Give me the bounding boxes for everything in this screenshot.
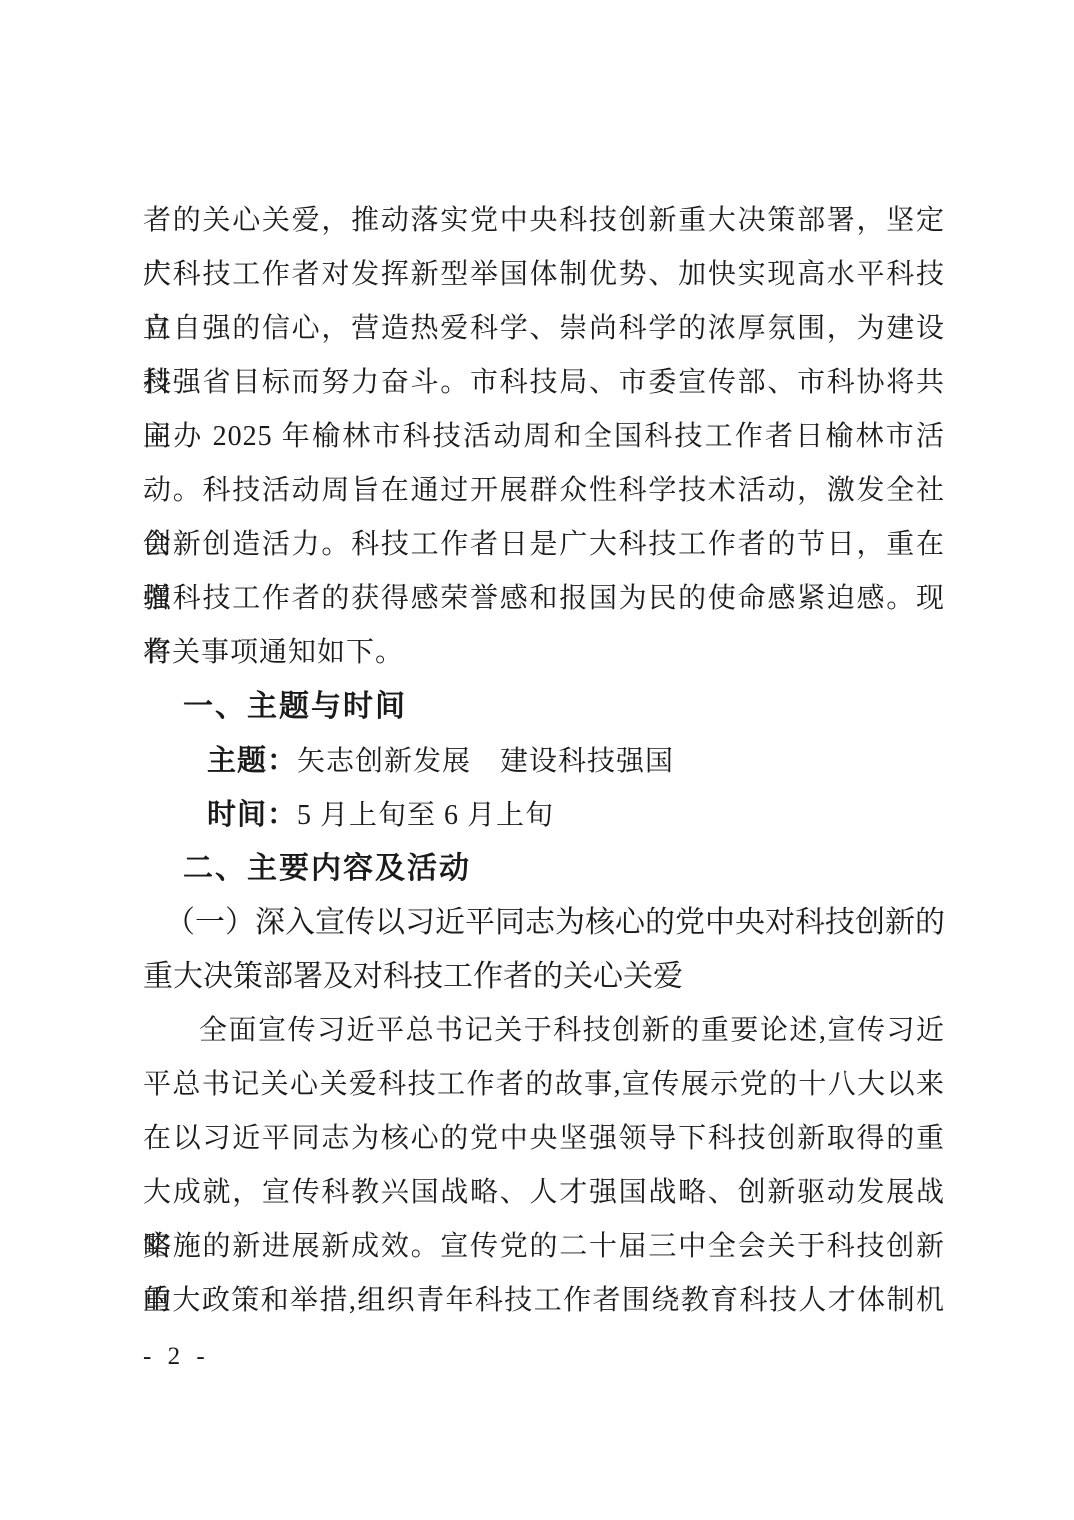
paragraph-line: 主办 2025 年榆林市科技活动周和全国科技工作者日榆林市活 (143, 410, 945, 464)
document-page: 者的关心关爱，推动落实党中央科技创新重大决策部署，坚定广 大科技工作者对发挥新型… (0, 0, 1074, 1520)
paragraph-line: 动。科技活动周旨在通过开展群众性科学技术活动，激发全社会 (143, 464, 945, 518)
document-body: 者的关心关爱，推动落实党中央科技创新重大决策部署，坚定广 大科技工作者对发挥新型… (143, 194, 945, 1328)
theme-value: 矢志创新发展 建设科技强国 (297, 746, 674, 777)
paragraph-line: 在以习近平同志为核心的党中央坚强领导下科技创新取得的重 (143, 1112, 945, 1166)
paragraph-line: 有关事项通知如下。 (143, 626, 945, 680)
paragraph-line: 全面宣传习近平总书记关于科技创新的重要论述,宣传习近 (143, 1004, 945, 1058)
paragraph-line: 创新创造活力。科技工作者日是广大科技工作者的节日，重在增 (143, 518, 945, 572)
subsection-heading-line: （一）深入宣传以习近平同志为核心的党中央对科技创新的 (143, 896, 945, 950)
time-label: 时间： (207, 799, 297, 831)
paragraph-line: 者的关心关爱，推动落实党中央科技创新重大决策部署，坚定广 (143, 194, 945, 248)
paragraph-line: 强科技工作者的获得感荣誉感和报国为民的使命感紧迫感。现将 (143, 572, 945, 626)
paragraph-line: 大科技工作者对发挥新型举国体制优势、加快实现高水平科技自 (143, 248, 945, 302)
section-two-heading: 二、主要内容及活动 (143, 842, 945, 896)
paragraph-line: 立自强的信心，营造热爱科学、崇尚科学的浓厚氛围，为建设科 (143, 302, 945, 356)
paragraph-line: 技强省目标而努力奋斗。市科技局、市委宣传部、市科协将共同 (143, 356, 945, 410)
section-one-heading: 一、主题与时间 (143, 680, 945, 734)
paragraph-line: 平总书记关心关爱科技工作者的故事,宣传展示党的十八大以来 (143, 1058, 945, 1112)
time-value: 5 月上旬至 6 月上旬 (297, 800, 554, 831)
page-number: - 2 - (143, 1340, 205, 1374)
paragraph-line: 大成就，宣传科教兴国战略、人才强国战略、创新驱动发展战略 (143, 1166, 945, 1220)
theme-label: 主题： (207, 745, 297, 777)
time-line: 时间：5 月上旬至 6 月上旬 (143, 788, 945, 842)
theme-line: 主题：矢志创新发展 建设科技强国 (143, 734, 945, 788)
subsection-heading-line: 重大决策部署及对科技工作者的关心关爱 (143, 950, 945, 1004)
paragraph-line: 实施的新进展新成效。宣传党的二十届三中全会关于科技创新的 (143, 1220, 945, 1274)
paragraph-line: 重大政策和举措,组织青年科技工作者围绕教育科技人才体制机 (143, 1274, 945, 1328)
